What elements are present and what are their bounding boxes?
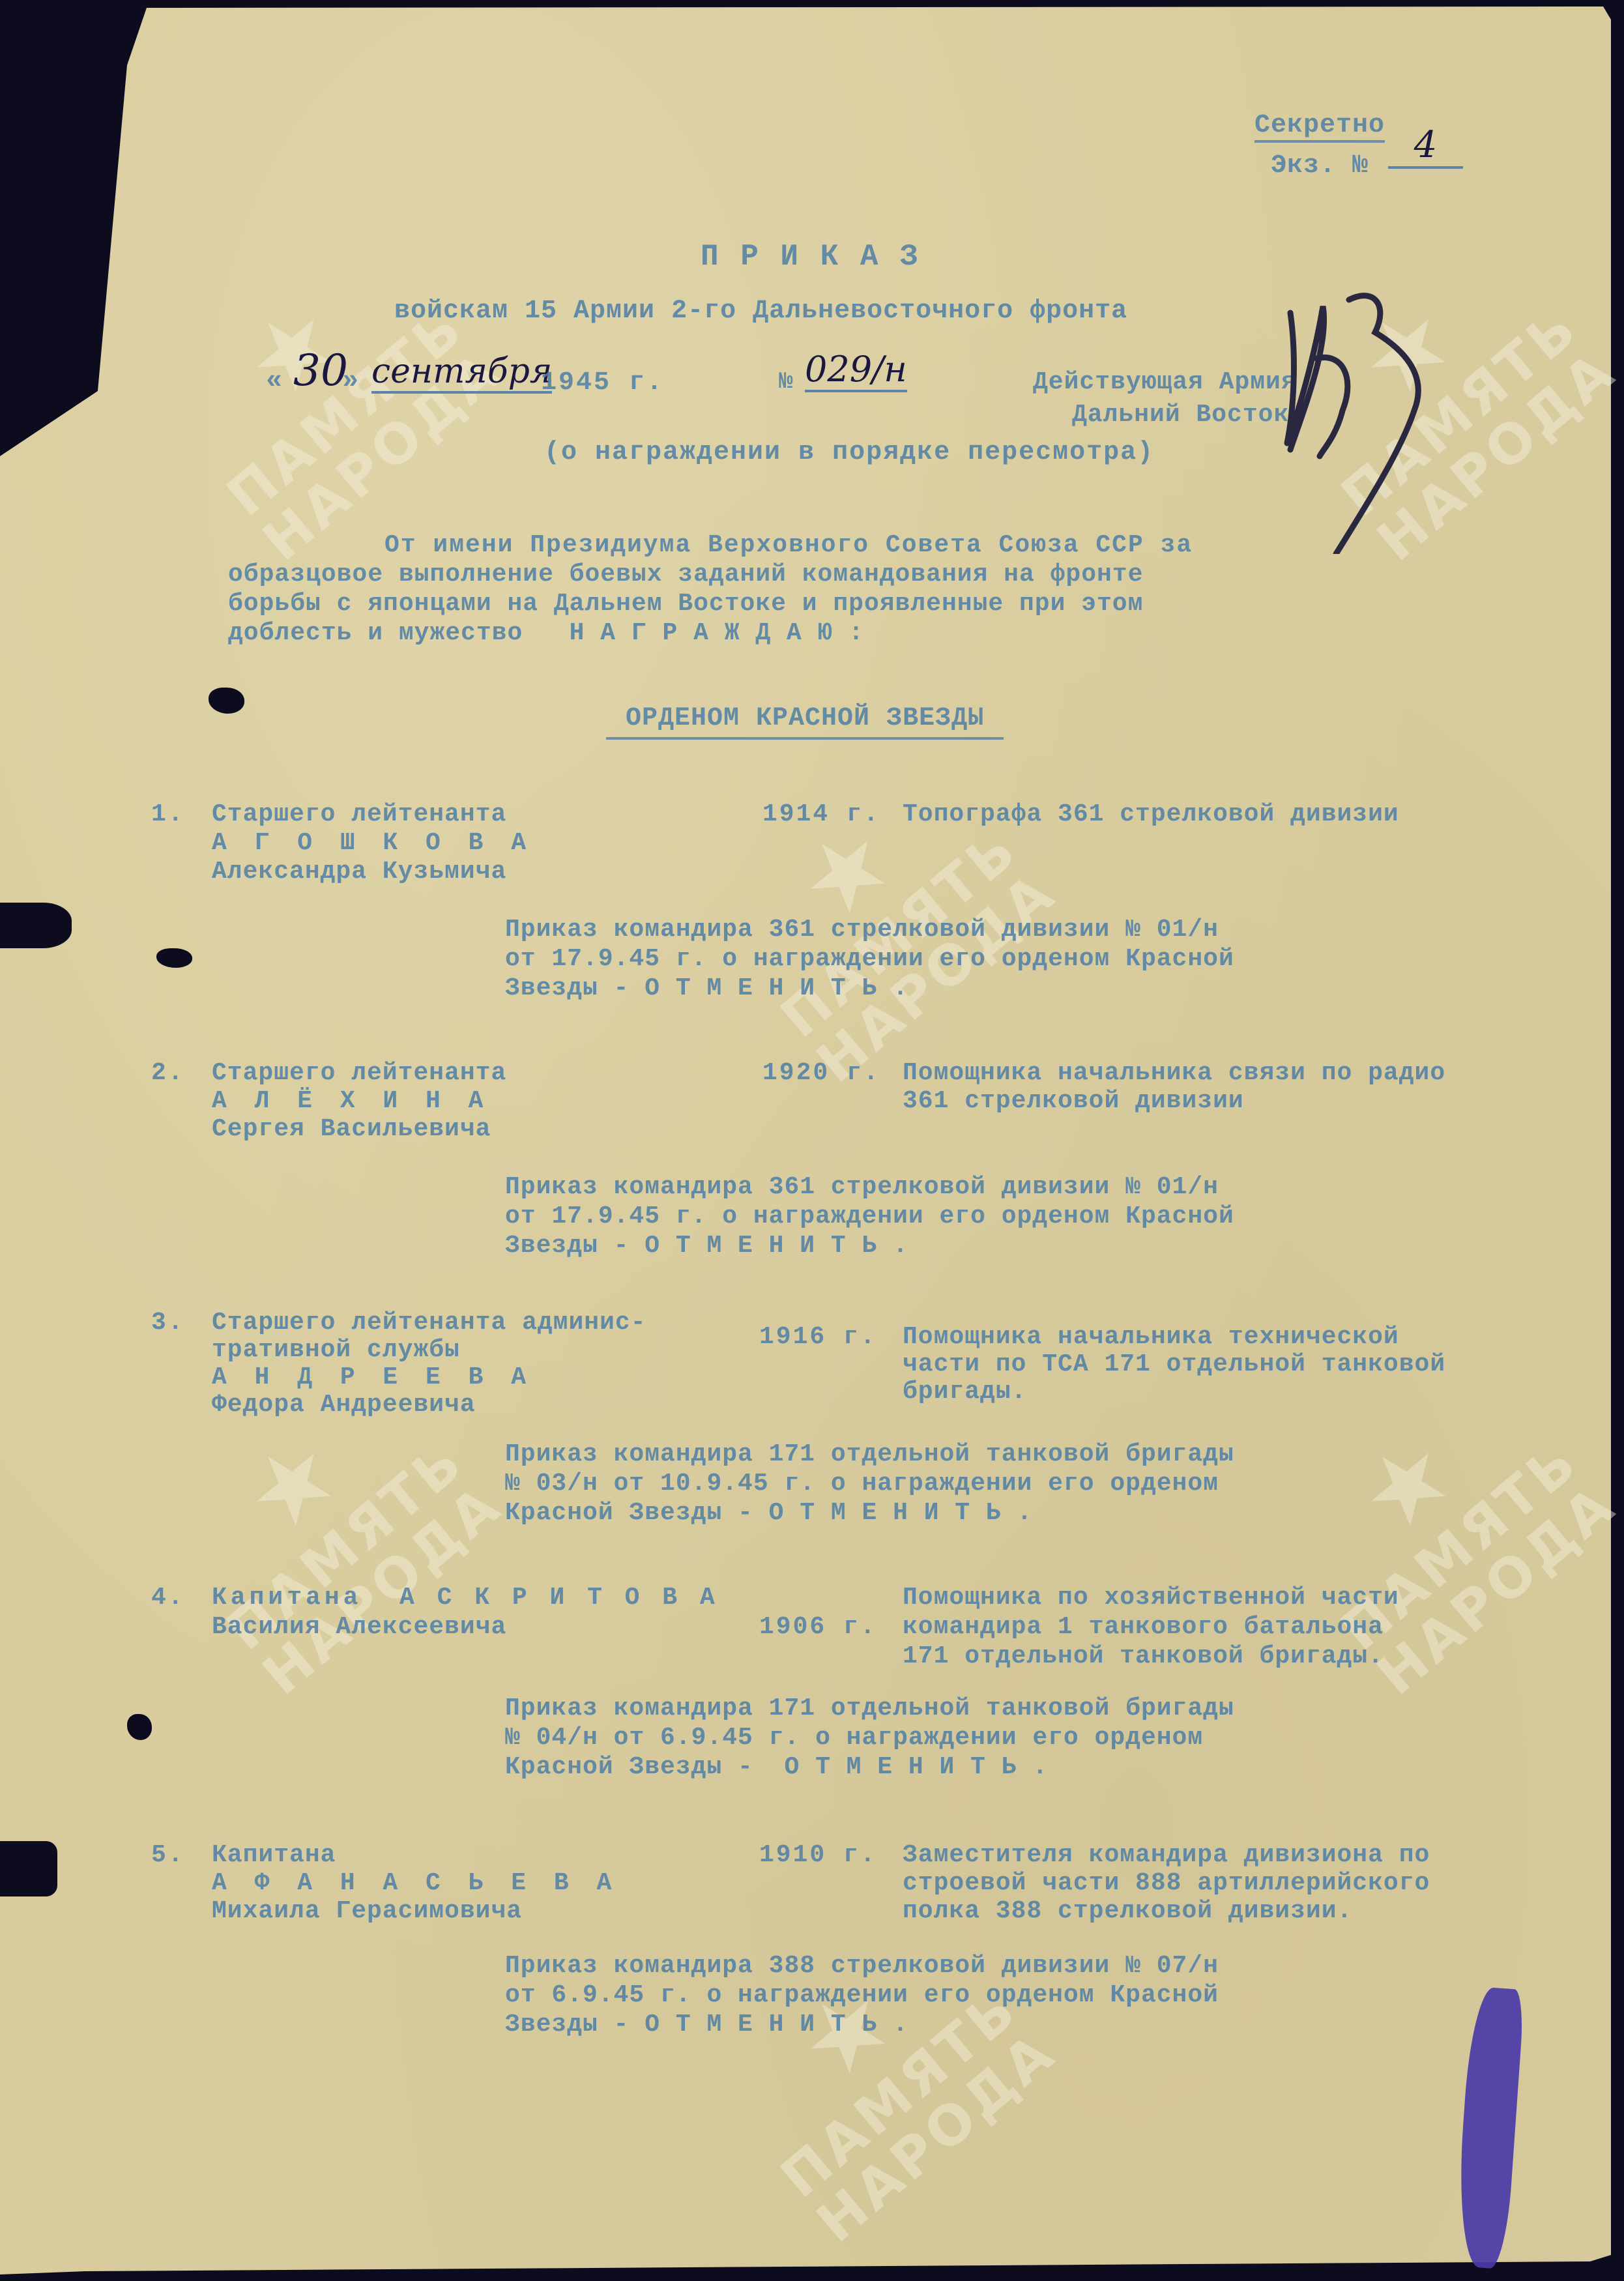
date-day: 30 [293, 345, 348, 396]
entry-order-line: № 03/н от 10.9.45 г. о награждении его о… [505, 1470, 1219, 1498]
date-month: сентября [371, 352, 552, 394]
entry-position: полка 388 стрелковой дивизии. [903, 1897, 1352, 1925]
entry-order-line: от 6.9.45 г. о награждении его орденом К… [505, 1981, 1219, 2009]
date-open-quote: « [266, 365, 284, 396]
entry-rank: Капитана [212, 1841, 336, 1869]
entry-position: командира 1 танкового батальона [903, 1613, 1384, 1641]
entry-order-line: Приказ командира 388 стрелковой дивизии … [505, 1952, 1219, 1980]
entry-rank: Старшего лейтенанта админис- [212, 1309, 646, 1337]
entry-birth-year: 1916 г. [759, 1323, 877, 1351]
date-close-quote: » [342, 365, 360, 396]
page-damage [0, 1841, 57, 1896]
order-number: 029/н [805, 349, 907, 392]
entry-given-name: Федора Андреевича [212, 1391, 476, 1419]
entry-given-name: Александра Кузьмича [212, 858, 506, 886]
page-damage [0, 903, 72, 948]
entry-given-name: Михаила Герасимовича [212, 1897, 522, 1925]
entry-birth-year: 1914 г. [762, 800, 880, 828]
entry-number: 1. [151, 800, 185, 828]
entry-position: Помощника начальника связи по радио [903, 1059, 1445, 1087]
preamble-line: От имени Президиума Верховного Совета Со… [384, 531, 1193, 559]
entry-order-line: Красной Звезды - О Т М Е Н И Т Ь . [505, 1499, 1032, 1527]
entry-order-line: от 17.9.45 г. о награждении его орденом … [505, 1202, 1234, 1230]
entry-position: Топографа 361 стрелковой дивизии [903, 800, 1399, 828]
preamble-line: образцовое выполнение боевых заданий ком… [228, 560, 1143, 588]
entry-given-name: Василия Алексеевича [212, 1613, 506, 1641]
document-subject: (о награждении в порядке пересмотра) [544, 438, 1154, 467]
entry-number: 4. [151, 1584, 185, 1612]
document-subtitle: войскам 15 Армии 2-го Дальневосточного ф… [394, 297, 1127, 326]
entry-order-line: Приказ командира 361 стрелковой дивизии … [505, 916, 1219, 944]
entry-order-line: Красной Звезды - О Т М Е Н И Т Ь . [505, 1753, 1048, 1781]
entry-position: 361 стрелковой дивизии [903, 1087, 1244, 1115]
entry-position: части по ТСА 171 отдельной танковой [903, 1350, 1445, 1378]
entry-order-line: № 04/н от 6.9.45 г. о награждении его ор… [505, 1724, 1203, 1752]
entry-rank: Капитана А С К Р И Т О В А [212, 1584, 719, 1612]
entry-rank: Старшего лейтенанта [212, 1059, 506, 1087]
date-year: 1945 г. [541, 368, 664, 398]
entry-order-line: Приказ командира 171 отдельной танковой … [505, 1440, 1234, 1468]
entry-birth-year: 1906 г. [759, 1613, 877, 1641]
handwritten-signature [1277, 280, 1460, 554]
secret-stamp: Секретно [1254, 111, 1385, 143]
section-heading: ОРДЕНОМ КРАСНОЙ ЗВЕЗДЫ [606, 704, 1004, 740]
entry-surname: А Н Д Р Е Е В А [212, 1363, 532, 1391]
entry-order-line: Звезды - О Т М Е Н И Т Ь . [505, 974, 908, 1002]
number-sign: № [779, 368, 795, 395]
entry-order-line: Приказ командира 361 стрелковой дивизии … [505, 1173, 1219, 1201]
location-line-1: Действующая Армия [1033, 368, 1297, 396]
entry-position: Помощника по хозяйственной части [903, 1584, 1399, 1612]
entry-surname: А Г О Ш К О В А [212, 829, 532, 857]
entry-rank: тративной службы [212, 1336, 460, 1364]
entry-position: строевой части 888 артиллерийского [903, 1869, 1430, 1897]
preamble-line: борьбы с японцами на Дальнем Востоке и п… [228, 590, 1143, 618]
entry-number: 5. [151, 1841, 185, 1869]
entry-order-line: Звезды - О Т М Е Н И Т Ь . [505, 1232, 908, 1260]
entry-rank: Старшего лейтенанта [212, 800, 506, 828]
entry-position: Заместителя командира дивизиона по [903, 1841, 1430, 1869]
document-title: П Р И К А З [701, 240, 920, 274]
page-damage [127, 1714, 152, 1740]
entry-given-name: Сергея Васильевича [212, 1115, 491, 1143]
entry-surname: А Ф А Н А С Ь Е В А [212, 1869, 618, 1897]
entry-surname: А Л Ё Х И Н А [212, 1087, 489, 1115]
entry-position: бригады. [903, 1378, 1026, 1406]
copy-number: 4 [1388, 124, 1463, 169]
preamble-line: доблесть и мужество Н А Г Р А Ж Д А Ю : [228, 619, 864, 647]
entry-birth-year: 1910 г. [759, 1841, 877, 1869]
entry-order-line: Звезды - О Т М Е Н И Т Ь . [505, 2011, 908, 2039]
entry-birth-year: 1920 г. [762, 1059, 880, 1087]
entry-position: Помощника начальника технической [903, 1323, 1399, 1351]
entry-number: 3. [151, 1309, 185, 1337]
copy-label: Экз. № [1271, 151, 1369, 181]
entry-number: 2. [151, 1059, 185, 1087]
location-line-2: Дальний Восток [1072, 401, 1289, 429]
entry-order-line: от 17.9.45 г. о награждении его орденом … [505, 945, 1234, 973]
entry-position: 171 отдельной танковой бригады. [903, 1642, 1384, 1670]
entry-order-line: Приказ командира 171 отдельной танковой … [505, 1694, 1234, 1722]
